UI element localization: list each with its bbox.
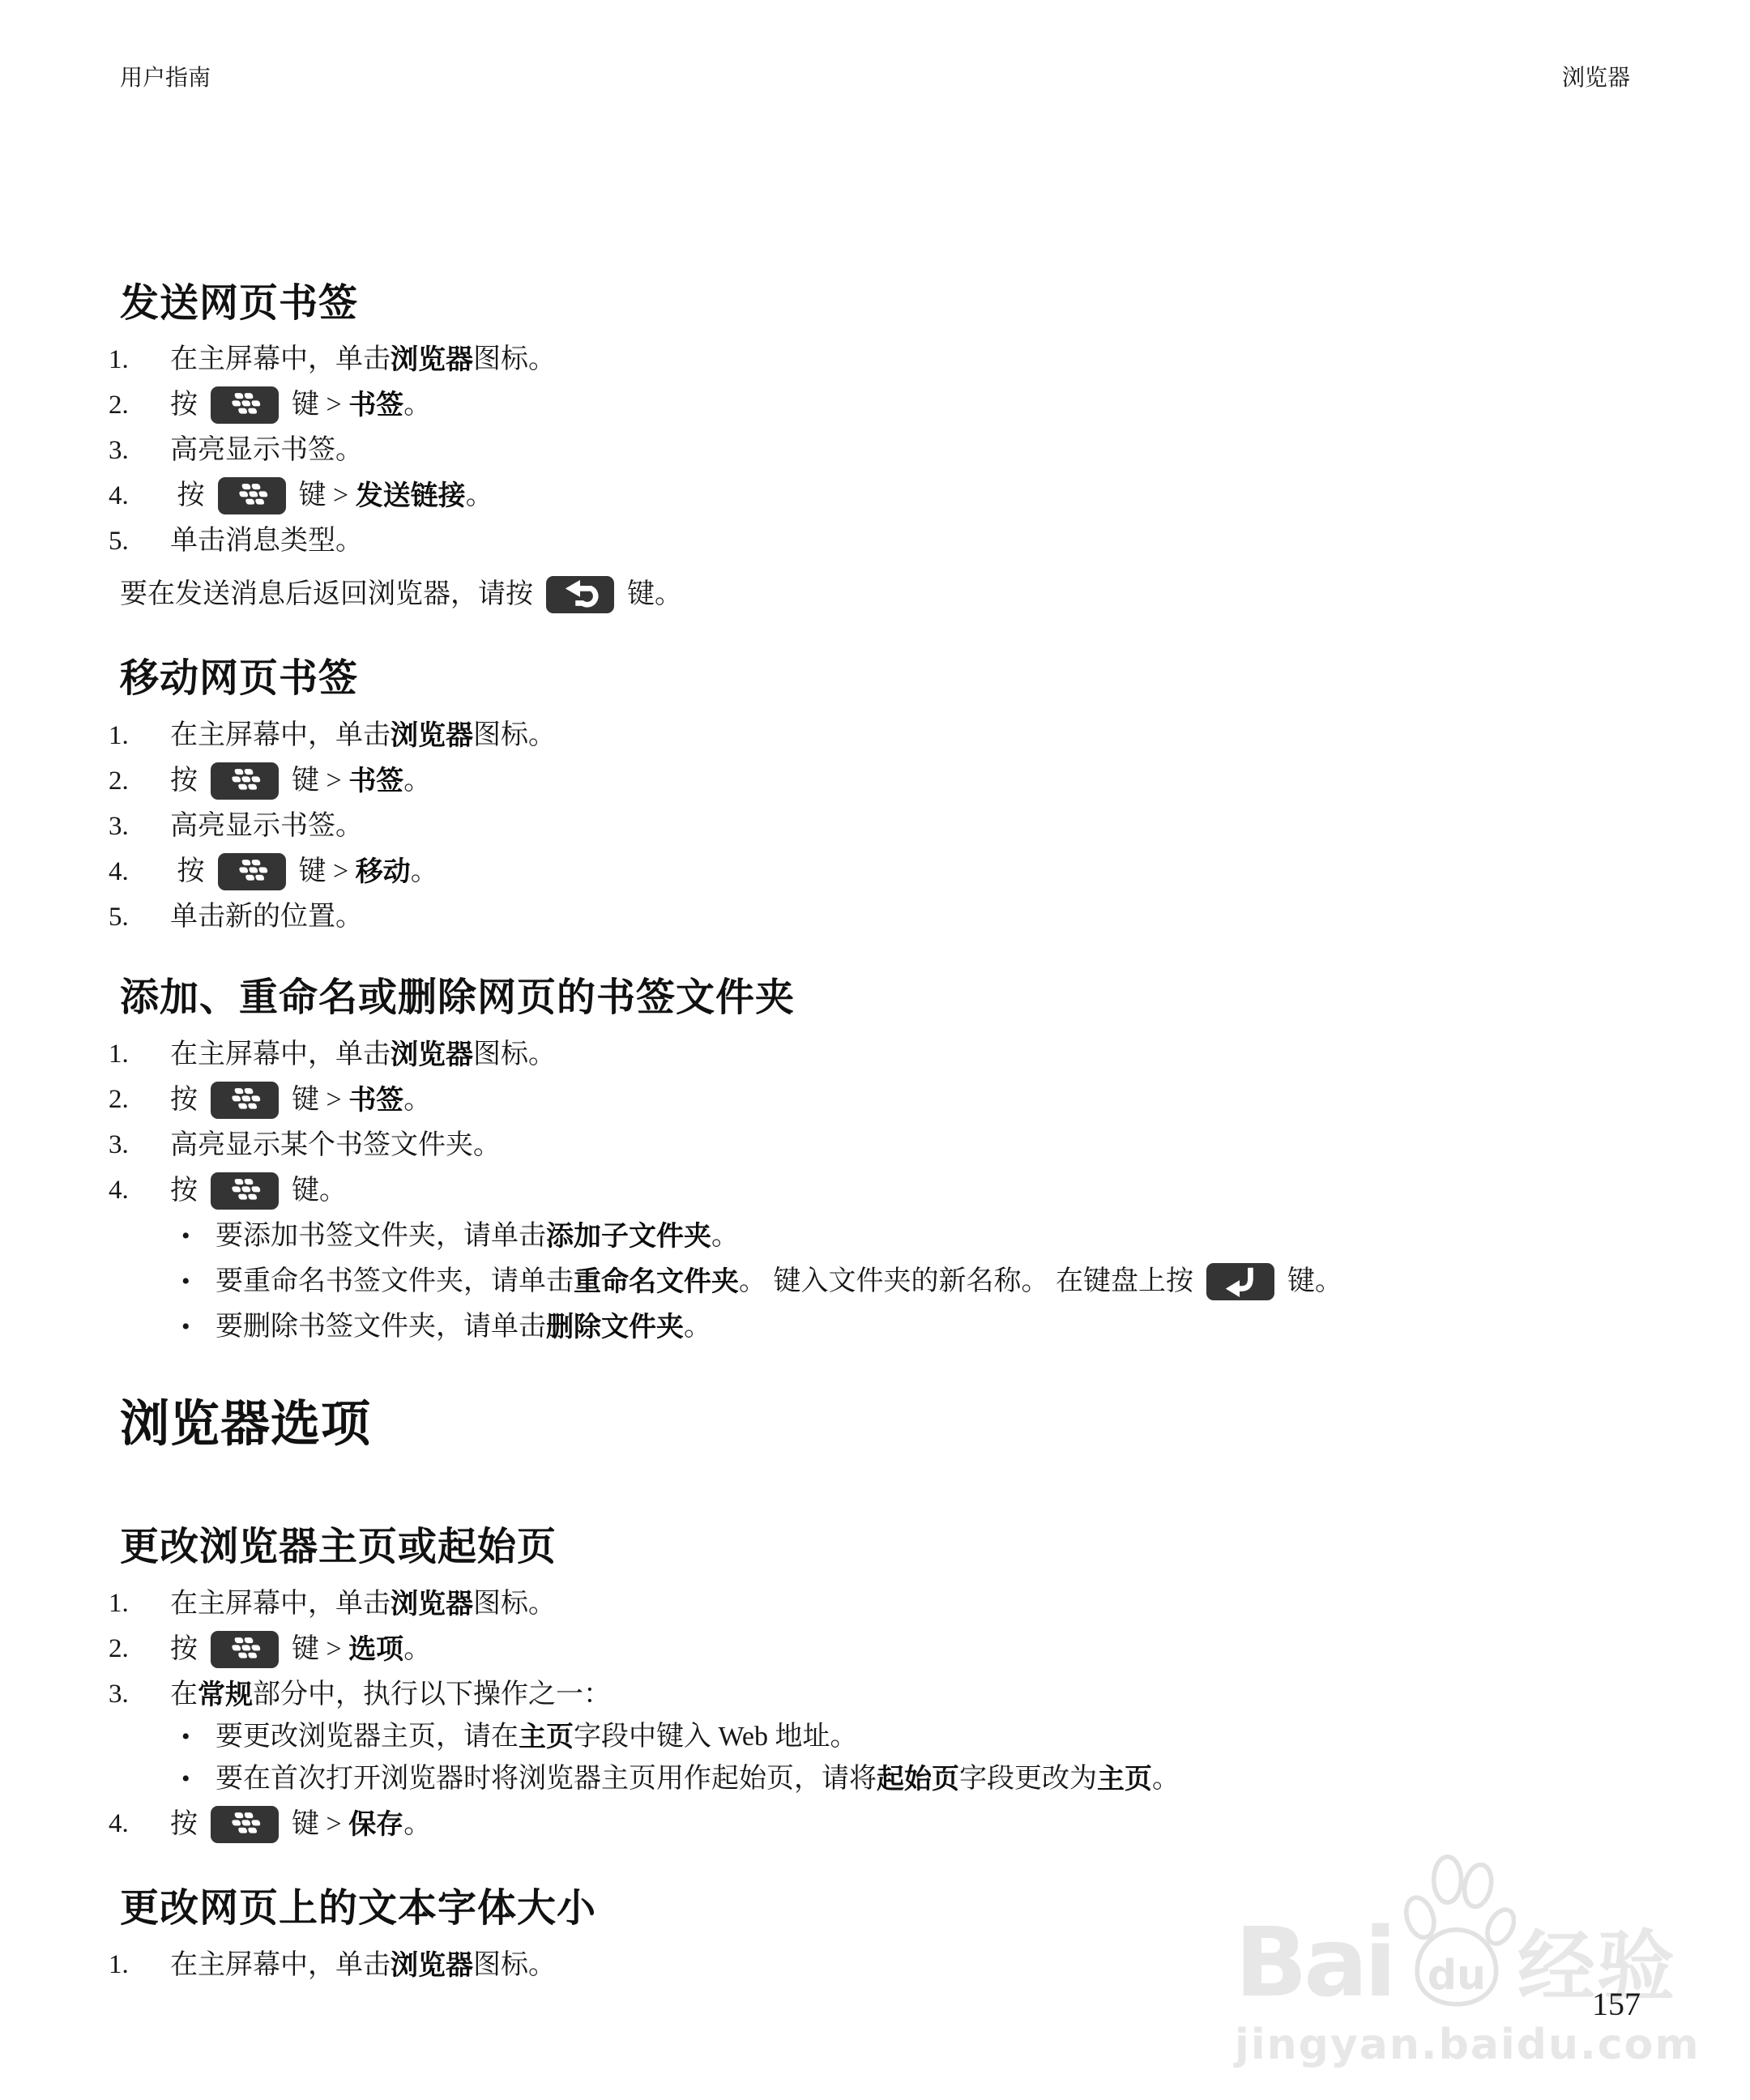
row-text: 按 键。	[170, 1172, 347, 1210]
text-run: 按	[170, 854, 205, 890]
step-number: 1.	[109, 1037, 170, 1072]
menu-key-icon	[211, 1172, 279, 1210]
text-run: 要在首次打开浏览器时将浏览器主页用作起始页，请将	[216, 1761, 877, 1797]
step-number: 3.	[109, 1128, 170, 1163]
bullet-dot: •	[181, 1311, 216, 1342]
text-run: 在主屏幕中，单击	[170, 1037, 391, 1073]
section-heading: 移动网页书签	[120, 657, 1630, 701]
step-number: 4.	[109, 1173, 170, 1208]
text-run: 在主屏幕中，单击	[170, 1586, 391, 1622]
step-number: 4.	[109, 855, 170, 890]
section-h2: 更改浏览器主页或起始页1.在主屏幕中，单击浏览器图标。2.按 键 > 选项。3.…	[120, 1526, 1630, 1846]
bold-term: 浏览器	[391, 342, 473, 378]
step-number: 2.	[109, 388, 170, 423]
enter-key-icon	[1206, 1263, 1274, 1300]
text-run: 。	[403, 387, 431, 423]
text-run: 单击新的位置。	[170, 899, 363, 935]
page-number: 157	[1592, 1985, 1641, 2023]
text-run: 。	[403, 1632, 431, 1667]
header-chapter-title: 浏览器	[1562, 65, 1630, 92]
numbered-step: 3.在常规部分中，执行以下操作之一：	[109, 1676, 1630, 1714]
bold-term: 浏览器	[391, 1586, 473, 1622]
text-run: 。	[403, 1807, 431, 1842]
text-run: 。	[403, 763, 431, 799]
row-text: 在主屏幕中，单击浏览器图标。	[170, 1948, 556, 1983]
row-text: 按 键 > 选项。	[170, 1631, 431, 1668]
text-run: 按	[170, 763, 198, 799]
text-run: 图标。	[473, 342, 556, 378]
document-page: 用户指南 浏览器 发送网页书签1.在主屏幕中，单击浏览器图标。2.按 键 > 书…	[0, 0, 1750, 2100]
content: 发送网页书签1.在主屏幕中，单击浏览器图标。2.按 键 > 书签。3.高亮显示书…	[0, 282, 1750, 1984]
numbered-step: 3.高亮显示书签。	[109, 808, 1630, 845]
row-text: 要删除书签文件夹，请单击删除文件夹。	[216, 1309, 711, 1345]
row-text: 按 键 > 书签。	[170, 762, 431, 800]
text-run: 。	[403, 1082, 431, 1118]
text-run: 键 >	[299, 478, 356, 514]
text-run: 。 键入文件夹的新名称。 在键盘上按	[739, 1264, 1193, 1300]
text-run: 高亮显示书签。	[170, 809, 363, 844]
back-key-icon	[546, 576, 614, 613]
text-run: 。	[466, 478, 493, 514]
menu-key-icon	[211, 1806, 279, 1843]
step-number: 1.	[109, 1948, 170, 1983]
bold-term: 选项	[348, 1632, 403, 1667]
bullet-dot: •	[181, 1763, 216, 1795]
text-run: 要更改浏览器主页，请在	[216, 1719, 519, 1755]
bold-term: 保存	[348, 1807, 403, 1842]
text-run: 按	[170, 478, 205, 514]
section-h2: 发送网页书签1.在主屏幕中，单击浏览器图标。2.按 键 > 书签。3.高亮显示书…	[120, 282, 1630, 617]
bold-term: 书签	[348, 763, 403, 799]
numbered-step: 5.单击新的位置。	[109, 898, 1630, 936]
numbered-step: 1.在主屏幕中，单击浏览器图标。	[109, 341, 1630, 378]
bullet-item: •要添加书签文件夹，请单击添加子文件夹。	[120, 1218, 1630, 1255]
section-h1: 浏览器选项	[120, 1396, 1630, 1451]
step-number: 2.	[109, 1082, 170, 1117]
row-text: 单击新的位置。	[170, 899, 363, 935]
text-run: 键 >	[292, 763, 348, 799]
step-number: 4.	[109, 479, 170, 514]
row-text: 在主屏幕中，单击浏览器图标。	[170, 1037, 556, 1073]
row-text: 按 键 > 保存。	[170, 1806, 431, 1843]
text-run: 按	[170, 387, 198, 423]
header-guide-title: 用户指南	[120, 65, 211, 92]
step-number: 3.	[109, 809, 170, 844]
text-run: 键。	[292, 1173, 347, 1209]
numbered-step: 4.按 键。	[109, 1169, 1630, 1213]
text-run: 按	[170, 1632, 198, 1667]
section-h2: 添加、重命名或删除网页的书签文件夹1.在主屏幕中，单击浏览器图标。2.按 键 >…	[120, 976, 1630, 1346]
bullet-item: •要在首次打开浏览器时将浏览器主页用作起始页，请将起始页字段更改为主页。	[120, 1761, 1630, 1798]
numbered-step: 2.按 键 > 书签。	[109, 1078, 1630, 1122]
numbered-step: 2.按 键 > 书签。	[109, 383, 1630, 427]
text-run: 。	[711, 1219, 739, 1254]
section-heading: 更改网页上的文本字体大小	[120, 1887, 1630, 1931]
numbered-step: 2.按 键 > 书签。	[109, 759, 1630, 803]
step-number: 3.	[109, 433, 170, 468]
text-run: 字段中键入 Web 地址。	[574, 1719, 857, 1755]
bold-term: 重命名文件夹	[574, 1264, 739, 1300]
row-text: 单击消息类型。	[170, 523, 363, 559]
bullet-dot: •	[181, 1266, 216, 1297]
bold-term: 常规	[198, 1677, 253, 1713]
note-line: 要在发送消息后返回浏览器，请按 键。	[120, 573, 1630, 617]
text-run: 高亮显示某个书签文件夹。	[170, 1128, 501, 1163]
bold-term: 浏览器	[391, 718, 473, 753]
row-text: 高亮显示书签。	[170, 809, 363, 844]
section-h2: 移动网页书签1.在主屏幕中，单击浏览器图标。2.按 键 > 书签。3.高亮显示书…	[120, 657, 1630, 936]
text-run: 键。	[627, 577, 682, 612]
section-heading: 更改浏览器主页或起始页	[120, 1526, 1630, 1569]
text-run: 。	[684, 1309, 711, 1345]
text-run: 按	[170, 1807, 198, 1842]
row-text: 在主屏幕中，单击浏览器图标。	[170, 1586, 556, 1622]
numbered-step: 1.在主屏幕中，单击浏览器图标。	[109, 1947, 1630, 1984]
bold-term: 浏览器	[391, 1037, 473, 1073]
row-text: 按 键 > 移动。	[170, 853, 438, 890]
row-text: 按 键 > 书签。	[170, 386, 431, 424]
text-run: 图标。	[473, 1586, 556, 1622]
text-run: 键 >	[292, 1632, 348, 1667]
step-number: 1.	[109, 1586, 170, 1621]
bold-term: 主页	[1097, 1761, 1152, 1797]
row-text: 高亮显示书签。	[170, 433, 363, 468]
bullet-item: •要更改浏览器主页，请在主页字段中键入 Web 地址。	[120, 1718, 1630, 1756]
text-run: 高亮显示书签。	[170, 433, 363, 468]
bold-term: 起始页	[877, 1761, 959, 1797]
text-run: 图标。	[473, 1037, 556, 1073]
bullet-dot: •	[181, 1721, 216, 1752]
bold-term: 删除文件夹	[546, 1309, 684, 1345]
row-text: 在主屏幕中，单击浏览器图标。	[170, 718, 556, 753]
row-text: 在常规部分中，执行以下操作之一：	[170, 1677, 611, 1713]
text-run: 在主屏幕中，单击	[170, 342, 391, 378]
bold-term: 发送链接	[356, 478, 466, 514]
numbered-step: 1.在主屏幕中，单击浏览器图标。	[109, 1036, 1630, 1073]
step-number: 3.	[109, 1677, 170, 1712]
text-run: 。	[411, 854, 438, 890]
numbered-step: 4. 按 键 > 移动。	[109, 850, 1630, 894]
row-text: 高亮显示某个书签文件夹。	[170, 1128, 501, 1163]
text-run: 在主屏幕中，单击	[170, 1948, 391, 1983]
row-text: 要重命名书签文件夹，请单击重命名文件夹。 键入文件夹的新名称。 在键盘上按 键。	[216, 1263, 1342, 1300]
text-run: 在	[170, 1677, 198, 1713]
numbered-step: 5.单击消息类型。	[109, 523, 1630, 560]
row-text: 要添加书签文件夹，请单击添加子文件夹。	[216, 1219, 739, 1254]
numbered-step: 3.高亮显示某个书签文件夹。	[109, 1127, 1630, 1164]
bold-term: 添加子文件夹	[546, 1219, 711, 1254]
bullet-item: •要重命名书签文件夹，请单击重命名文件夹。 键入文件夹的新名称。 在键盘上按 键…	[120, 1260, 1630, 1304]
step-number: 2.	[109, 1632, 170, 1667]
menu-key-icon	[211, 386, 279, 424]
text-run: 按	[170, 1082, 198, 1118]
text-run: 按	[170, 1173, 198, 1209]
menu-key-icon	[211, 1082, 279, 1119]
section-heading: 浏览器选项	[120, 1396, 1630, 1451]
bold-term: 主页	[519, 1719, 574, 1755]
step-number: 1.	[109, 343, 170, 378]
text-run: 键 >	[292, 387, 348, 423]
text-run: 要重命名书签文件夹，请单击	[216, 1264, 574, 1300]
section-heading: 发送网页书签	[120, 282, 1630, 326]
numbered-step: 1.在主屏幕中，单击浏览器图标。	[109, 717, 1630, 754]
bullet-dot: •	[181, 1220, 216, 1252]
section-heading: 添加、重命名或删除网页的书签文件夹	[120, 976, 1630, 1020]
text-run: 图标。	[473, 1948, 556, 1983]
text-run: 要添加书签文件夹，请单击	[216, 1219, 546, 1254]
menu-key-icon	[211, 762, 279, 800]
text-run: 键。	[1287, 1264, 1342, 1300]
text-run: 键 >	[292, 1082, 348, 1118]
text-run: 要删除书签文件夹，请单击	[216, 1309, 546, 1345]
row-text: 按 键 > 发送链接。	[170, 477, 493, 514]
text-run: 部分中，执行以下操作之一：	[253, 1677, 611, 1713]
section-h2: 更改网页上的文本字体大小1.在主屏幕中，单击浏览器图标。	[120, 1887, 1630, 1984]
watermark-url: jingyan.baidu.com	[1235, 2021, 1688, 2069]
numbered-step: 1.在主屏幕中，单击浏览器图标。	[109, 1586, 1630, 1623]
numbered-step: 3.高亮显示书签。	[109, 432, 1630, 469]
menu-key-icon	[211, 1631, 279, 1668]
text-run: 字段更改为	[959, 1761, 1097, 1797]
step-number: 2.	[109, 764, 170, 799]
bold-term: 浏览器	[391, 1948, 473, 1983]
text-run: 要在发送消息后返回浏览器，请按	[120, 577, 533, 612]
menu-key-icon	[218, 853, 286, 890]
row-text: 要更改浏览器主页，请在主页字段中键入 Web 地址。	[216, 1719, 857, 1755]
text-run: 键 >	[292, 1807, 348, 1842]
row-text: 要在发送消息后返回浏览器，请按 键。	[120, 576, 682, 613]
numbered-step: 4. 按 键 > 发送链接。	[109, 474, 1630, 518]
numbered-step: 2.按 键 > 选项。	[109, 1628, 1630, 1671]
text-run: 。	[1152, 1761, 1180, 1797]
step-number: 5.	[109, 524, 170, 559]
row-text: 在主屏幕中，单击浏览器图标。	[170, 342, 556, 378]
menu-key-icon	[218, 477, 286, 514]
step-number: 5.	[109, 900, 170, 935]
bold-term: 书签	[348, 1082, 403, 1118]
numbered-step: 4.按 键 > 保存。	[109, 1803, 1630, 1846]
row-text: 要在首次打开浏览器时将浏览器主页用作起始页，请将起始页字段更改为主页。	[216, 1761, 1180, 1797]
text-run: 单击消息类型。	[170, 523, 363, 559]
text-run: 键 >	[299, 854, 356, 890]
step-number: 1.	[109, 719, 170, 753]
text-run: 在主屏幕中，单击	[170, 718, 391, 753]
page-header: 用户指南 浏览器	[0, 0, 1750, 92]
bold-term: 书签	[348, 387, 403, 423]
row-text: 按 键 > 书签。	[170, 1082, 431, 1119]
bullet-item: •要删除书签文件夹，请单击删除文件夹。	[120, 1308, 1630, 1346]
bold-term: 移动	[356, 854, 411, 890]
text-run: 图标。	[473, 718, 556, 753]
step-number: 4.	[109, 1807, 170, 1842]
